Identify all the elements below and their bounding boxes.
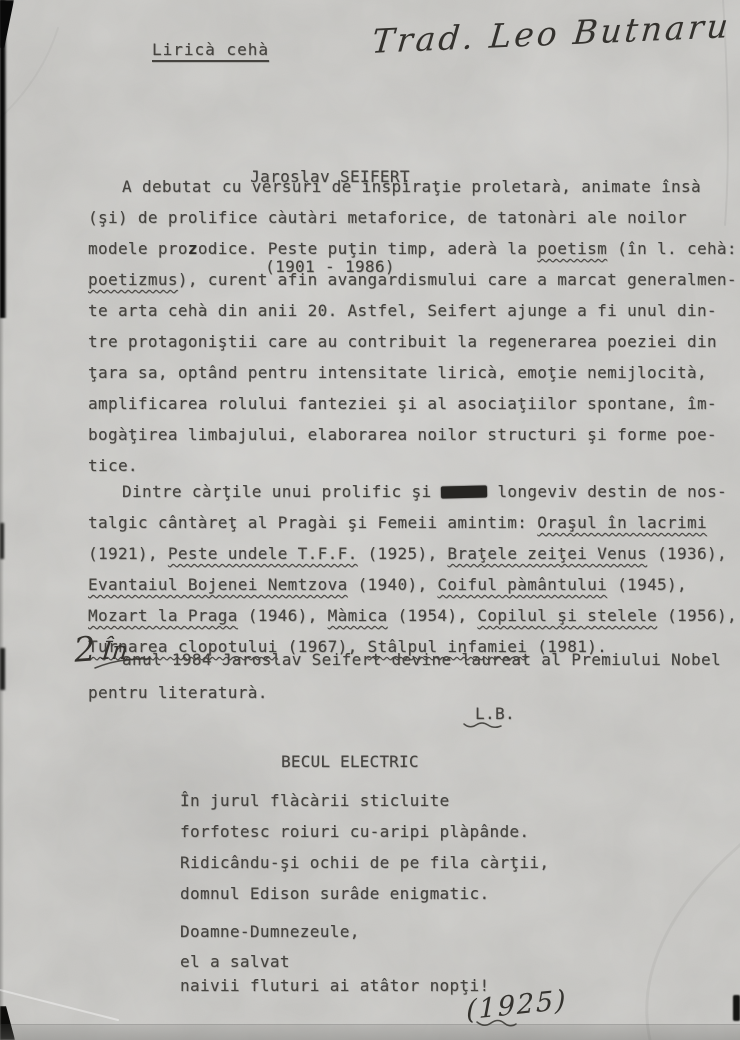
- text-segment: (1954),: [388, 606, 478, 625]
- poem-stanza-1: În jurul flàcàrii sticluiteforfotesc roi…: [180, 785, 549, 909]
- text-line: talgic cântàreţ al Pragài şi Femeii amin…: [88, 507, 737, 538]
- underlined-title: poetism: [537, 239, 607, 258]
- left-edge-smudge: [0, 648, 5, 690]
- text-line: În jurul flàcàrii sticluite: [180, 785, 549, 816]
- top-left-corner-shadow: [0, 0, 14, 48]
- nobel-line-1: anul 1984 Jaroslav Seifert devine laurea…: [88, 650, 721, 669]
- text-line: Ridicându-şi ochii de pe fila càrţii,: [180, 847, 549, 878]
- handwritten-inserted-word: În: [100, 636, 129, 665]
- text-line: modele prozodice. Peste puţin timp, ader…: [88, 233, 737, 264]
- text-line: bogàţirea limbajului, elaborarea noilor …: [88, 419, 737, 450]
- text-segment: (1956),: [657, 606, 737, 625]
- underlined-title: poetizmus: [88, 270, 178, 289]
- text-line: forfotesc roiuri cu-aripi plàpânde.: [180, 816, 549, 847]
- initials-underline-squiggle: [464, 723, 501, 727]
- text-segment: (1921),: [88, 544, 168, 563]
- text-segment: (în l. cehà:: [607, 239, 737, 258]
- text-segment: longeviv destin de nos-: [487, 482, 727, 501]
- text-line: Mozart la Praga (1946), Màmica (1954), C…: [88, 600, 737, 631]
- text-segment: (1936),: [647, 544, 727, 563]
- underlined-title: Màmica: [328, 606, 388, 625]
- text-segment: (1945),: [607, 575, 687, 594]
- scanned-document-page: Liricà cehà Trad. Leo Butnaru Jaroslav S…: [0, 0, 740, 1040]
- underlined-title: Mozart la Praga: [88, 606, 238, 625]
- underlined-title: Copilul şi stelele: [477, 606, 657, 625]
- underlined-title: Evantaiul Bojenei Nemtzova: [88, 575, 348, 594]
- text-line: domnul Edison surâde enigmatic.: [180, 878, 549, 909]
- right-edge-mark: [733, 995, 740, 1021]
- handwritten-translator-credit: Trad. Leo Butnaru: [370, 6, 733, 61]
- text-line: amplificarea rolului fanteziei şi al aso…: [88, 388, 737, 419]
- scanner-bed-band: [0, 1025, 740, 1040]
- text-segment: talgic cântàreţ al Pragài şi Femeii amin…: [88, 513, 537, 532]
- underlined-title: Oraşul în lacrimi: [537, 513, 707, 532]
- text-line: (şi) de prolifice càutàri metaforice, de…: [88, 202, 737, 233]
- poem-title: BECUL ELECTRIC: [281, 752, 419, 771]
- text-line: (1921), Peste undele T.F.F. (1925), Braţ…: [88, 538, 737, 569]
- text-segment: odice. Peste puţin timp, aderà la: [198, 239, 537, 258]
- text-segment: (1925),: [358, 544, 448, 563]
- poem-line: Doamne-Dumnezeule,: [180, 922, 360, 941]
- poem-line: naivii fluturi ai atâtor nopţi!: [180, 976, 489, 995]
- bio-paragraph-2: Dintre càrţile unui prolific şi longeviv…: [88, 476, 737, 662]
- handwritten-margin-number: 2: [73, 629, 97, 670]
- crease-bottom-left: [0, 990, 118, 1020]
- text-line: ţara sa, optând pentru intensitate liric…: [88, 357, 737, 388]
- text-segment: z: [188, 239, 198, 258]
- section-title: Liricà cehà: [152, 40, 269, 59]
- text-line: tre protagoniştii care au contribuit la …: [88, 326, 737, 357]
- text-segment: modele pro: [88, 239, 188, 258]
- underlined-title: Peste undele T.F.F.: [168, 544, 358, 563]
- text-line: A debutat cu versuri de inspiraţie prole…: [88, 171, 737, 202]
- text-line: Dintre càrţile unui prolific şi longeviv…: [88, 476, 737, 507]
- text-segment: Dintre càrţile unui prolific şi: [122, 482, 441, 501]
- text-line: poetizmus), curent afin avangardismului …: [88, 264, 737, 295]
- text-segment: (1940),: [348, 575, 438, 594]
- bio-paragraph-1: A debutat cu versuri de inspiraţie prole…: [88, 171, 737, 481]
- text-line: te arta cehà din anii 20. Astfel, Seifer…: [88, 295, 737, 326]
- underlined-title: Coiful pàmântului: [437, 575, 607, 594]
- nobel-line-2: pentru literaturà.: [88, 683, 268, 702]
- text-segment: (1946),: [238, 606, 328, 625]
- left-edge-smudge: [0, 523, 4, 559]
- struck-out-word: [441, 486, 487, 499]
- translator-initials: L.B.: [475, 704, 515, 723]
- underlined-title: Braţele zeiţei Venus: [447, 544, 647, 563]
- crease-top-left: [0, 28, 58, 118]
- crease-bottom-right: [647, 845, 740, 1040]
- poem-line: el a salvat: [180, 952, 290, 971]
- text-line: Evantaiul Bojenei Nemtzova (1940), Coifu…: [88, 569, 737, 600]
- text-segment: ), curent afin avangardismului care a ma…: [178, 270, 737, 289]
